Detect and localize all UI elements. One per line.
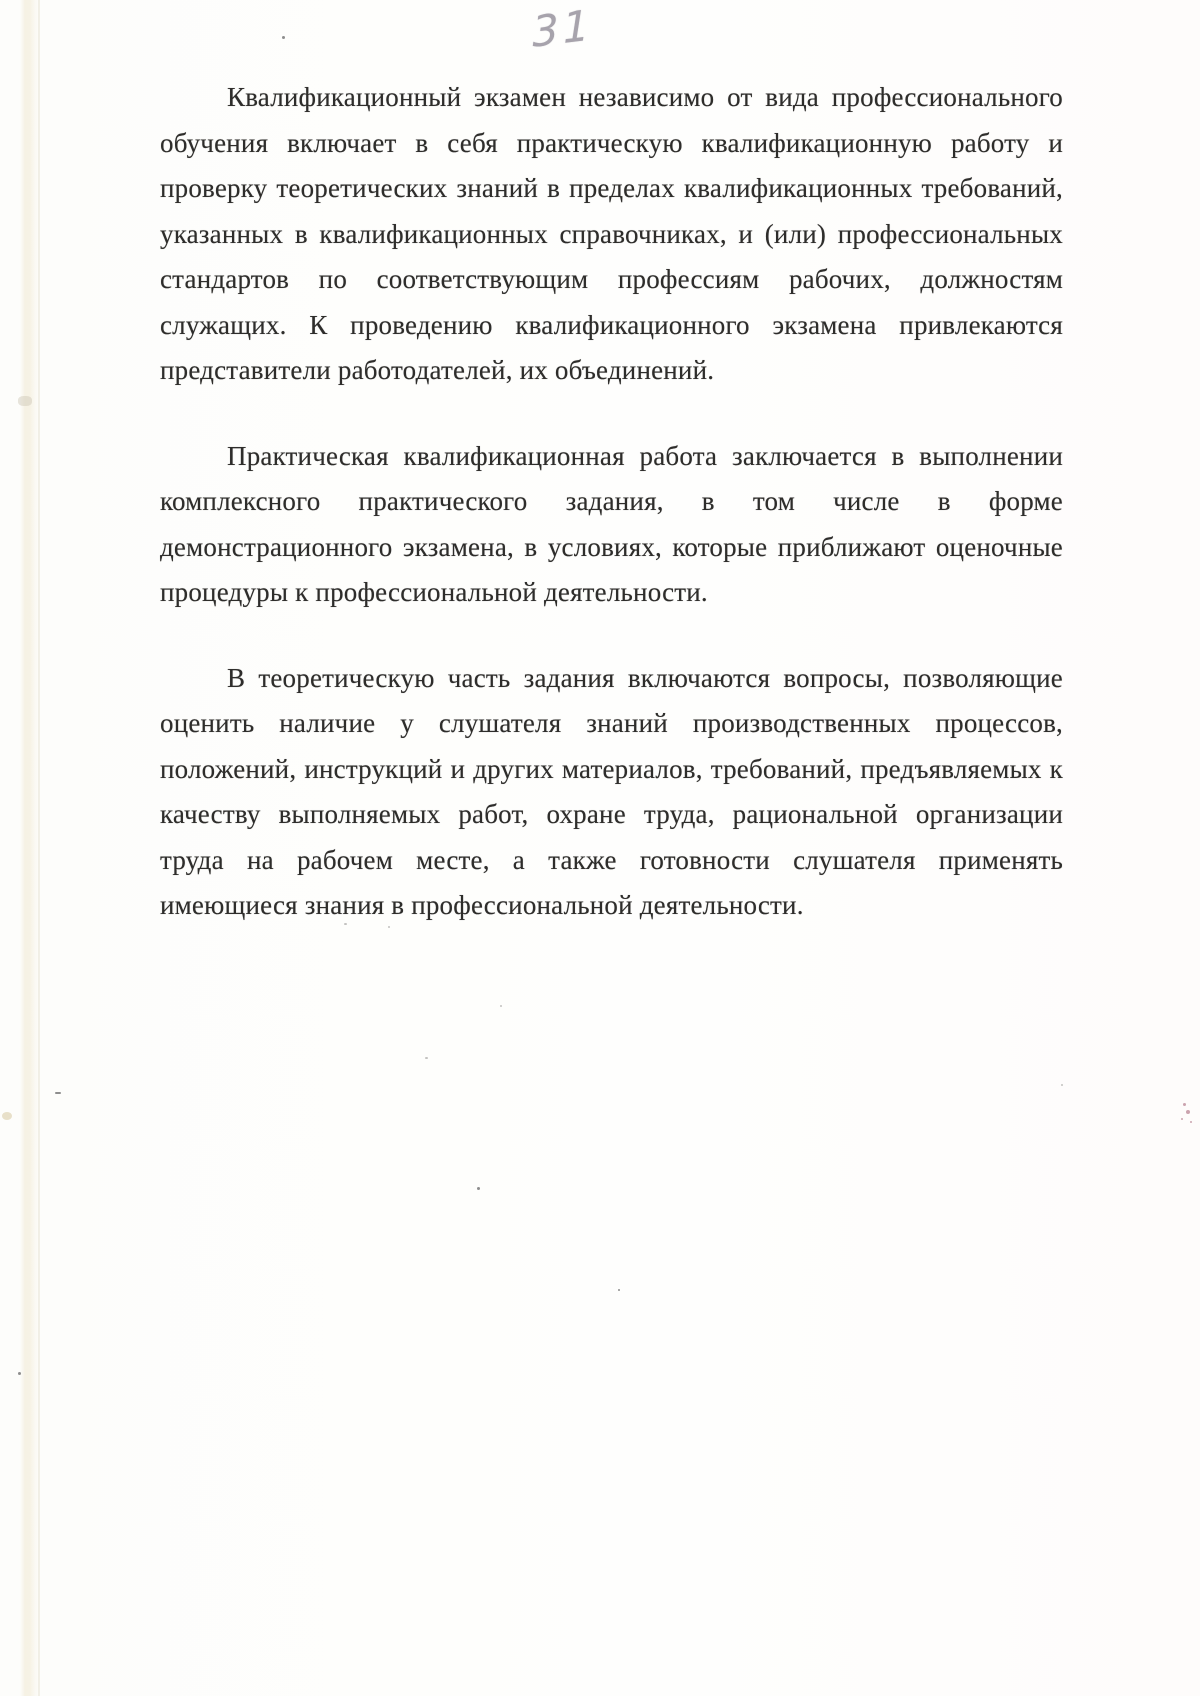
scan-speck <box>618 1289 620 1291</box>
scan-speck <box>1061 1084 1063 1086</box>
paragraph-theoretical-part: В теоретическую часть задания включаются… <box>160 656 1063 929</box>
scan-seam <box>20 0 40 1696</box>
scan-seam-line <box>38 0 40 1696</box>
scan-speck <box>500 1005 502 1007</box>
scan-smudge <box>18 396 32 406</box>
handwritten-page-number: 31 <box>531 0 594 57</box>
scan-speck <box>2 1112 12 1120</box>
scan-speck <box>1183 1103 1186 1106</box>
document-body: Квалификационный экзамен независимо от в… <box>160 75 1063 969</box>
scan-speck <box>344 923 347 925</box>
scan-speck <box>425 1057 428 1059</box>
scan-speck <box>477 1187 480 1190</box>
scan-speck <box>18 1372 21 1375</box>
paragraph-practical-work: Практическая квалификационная работа зак… <box>160 434 1063 616</box>
scan-speck <box>1190 1121 1192 1123</box>
scan-speck <box>388 926 390 928</box>
scan-speck <box>55 1092 61 1094</box>
scan-speck <box>1186 1110 1190 1114</box>
scan-speck <box>282 36 285 39</box>
scanned-document-page: 31 Квалификационный экзамен независимо о… <box>0 0 1200 1696</box>
scan-speck <box>1181 1118 1183 1120</box>
paragraph-qualification-exam: Квалификационный экзамен независимо от в… <box>160 75 1063 394</box>
